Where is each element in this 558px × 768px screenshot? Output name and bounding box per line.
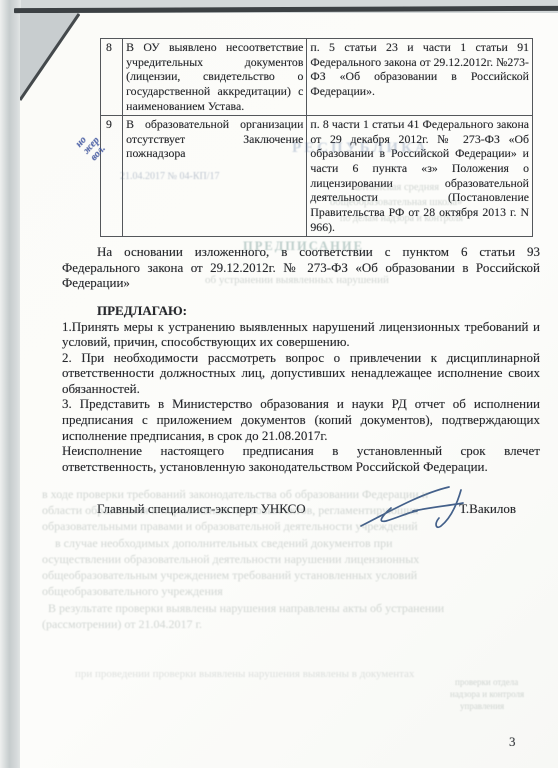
- table-row: 8 В ОУ выявлено несоответствие учредител…: [101, 39, 533, 116]
- signer-name: Т.Вакилов: [459, 501, 516, 517]
- table-row: 9 В образовательной организации отсутств…: [101, 116, 533, 237]
- scanned-document-page: { "document": { "table": { "rows": [ { "…: [0, 0, 558, 768]
- page-number: 3: [509, 734, 516, 750]
- order-item-3: 3. Представить в Министерство образовани…: [62, 396, 540, 443]
- document-page: 8 В ОУ выявлено несоответствие учредител…: [20, 13, 558, 768]
- order-item-2: 2. При необходимости рассмотреть вопрос …: [62, 350, 540, 397]
- handwritten-signature: [355, 482, 475, 534]
- propose-heading: ПРЕДЛАГАЮ:: [97, 303, 540, 319]
- row-number: 8: [101, 39, 123, 116]
- order-item-1: 1.Принять меры к устранению выявленных н…: [62, 319, 540, 350]
- intro-paragraph: На основании изложенного, в соответствии…: [62, 244, 540, 291]
- document-body: На основании изложенного, в соответствии…: [62, 244, 540, 517]
- liability-note: Неисполнение настоящего предписания в ус…: [62, 443, 540, 474]
- violation-cell: В образовательной организации отсутствуе…: [123, 116, 307, 237]
- signature-block: Главный специалист-эксперт УНКСО Т.Вакил…: [97, 501, 522, 517]
- violation-cell: В ОУ выявлено несоответствие учредительн…: [123, 39, 307, 116]
- folded-corner: [20, 13, 80, 101]
- legal-basis-cell: п. 5 статьи 23 и части 1 статьи 91 Федер…: [307, 39, 533, 116]
- signer-title: Главный специалист-эксперт УНКСО: [97, 501, 306, 517]
- violations-table: 8 В ОУ выявлено несоответствие учредител…: [100, 38, 533, 237]
- legal-basis-cell: п. 8 части 1 статьи 41 Федерального зако…: [307, 116, 533, 237]
- scan-background: 8 В ОУ выявлено несоответствие учредител…: [0, 0, 558, 768]
- scanner-edge-left: [0, 0, 21, 768]
